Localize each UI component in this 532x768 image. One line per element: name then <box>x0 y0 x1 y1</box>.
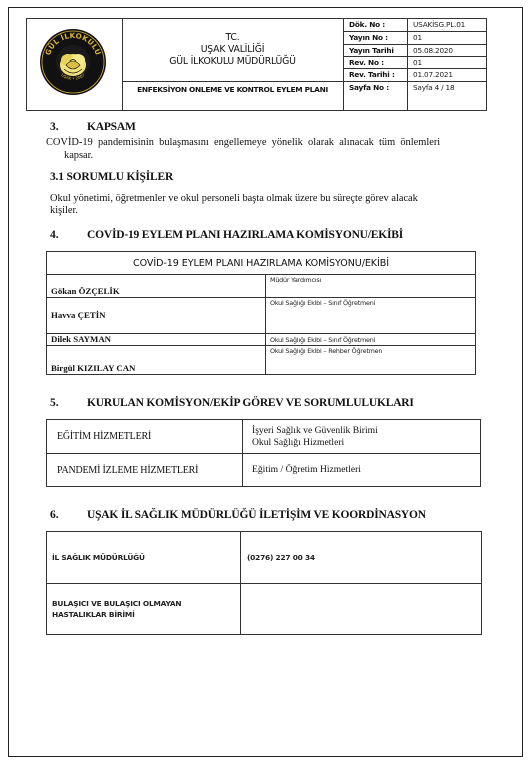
committee-duty: Eğitim / Öğretim Hizmetleri <box>243 454 481 487</box>
logo-cell: GÜL İLKOKULU UŞAK • 2007 <box>27 19 123 110</box>
meta-value: 05.08.2020 <box>408 45 453 56</box>
section-3-1-title: 3.1 SORUMLU KİŞİLER <box>50 171 173 183</box>
table-row: BULAŞICI VE BULAŞICI OLMAYAN HASTALIKLAR… <box>47 584 482 635</box>
unit-line: İL SAĞLIK MÜDÜRLÜĞÜ <box>52 552 240 563</box>
unit-line: HASTALIKLAR BİRİMİ <box>52 609 240 620</box>
member-name: Birgül KIZILAY CAN <box>47 346 266 375</box>
duty-line: İşyeri Sağlık ve Güvenlik Birimi <box>252 425 480 437</box>
member-name: Havva ÇETİN <box>47 298 266 334</box>
table-row: PANDEMİ İZLEME HİZMETLERİ Eğitim / Öğret… <box>47 454 481 487</box>
member-role: Okul Sağlığı Ekibi – Sınıf Öğretmeni <box>266 298 476 334</box>
meta-value: 01 <box>408 32 422 44</box>
section-3-body-line2: kapsar. <box>64 150 93 162</box>
section-3-body-line1: COVİD-19 pandemisinin bulaşmasını engell… <box>46 137 484 149</box>
committee-table-header: COVİD-19 EYLEM PLANI HAZIRLAMA KOMİSYONU… <box>47 252 476 275</box>
table-row: Havva ÇETİN Okul Sağlığı Ekibi – Sınıf Ö… <box>47 298 476 334</box>
meta-value: 01 <box>408 57 422 68</box>
committee-name: EĞİTİM HİZMETLERİ <box>47 420 243 454</box>
section-3-number: 3. <box>50 121 59 133</box>
meta-value: USAKİSG.PL.01 <box>408 19 465 31</box>
meta-label: Sayfa No : <box>344 82 408 110</box>
section-5-title: KURULAN KOMİSYON/EKİP GÖREV VE SORUMLULU… <box>87 397 414 409</box>
table-row: İL SAĞLIK MÜDÜRLÜĞÜ (0276) 227 00 34 <box>47 532 482 584</box>
member-role: Okul Sağlığı Ekibi – Sınıf Öğretmeni <box>266 334 476 346</box>
institution-title: TC. UŞAK VALİLİĞİ GÜL İLKOKULU MÜDÜRLÜĞÜ <box>122 19 344 82</box>
page-frame <box>8 7 523 757</box>
committee-table: COVİD-19 EYLEM PLANI HAZIRLAMA KOMİSYONU… <box>46 251 476 375</box>
responsibilities-table: EĞİTİM HİZMETLERİ İşyeri Sağlık ve Güven… <box>46 419 481 487</box>
title-line-school: GÜL İLKOKULU MÜDÜRLÜĞÜ <box>122 56 343 68</box>
meta-row-rev-no: Rev. No : 01 <box>344 57 486 69</box>
contact-table: İL SAĞLIK MÜDÜRLÜĞÜ (0276) 227 00 34 BUL… <box>46 531 482 635</box>
section-6-title: UŞAK İL SAĞLIK MÜDÜRLÜĞÜ İLETİŞİM VE KOO… <box>87 509 426 521</box>
meta-row-sayfa-no: Sayfa No : Sayfa 4 / 18 <box>344 82 486 110</box>
table-row: Birgül KIZILAY CAN Okul Sağlığı Ekibi – … <box>47 346 476 375</box>
meta-row-dok-no: Dök. No : USAKİSG.PL.01 <box>344 19 486 32</box>
meta-row-rev-tarihi: Rev. Tarihi : 01.07.2021 <box>344 69 486 82</box>
rose-icon <box>60 54 86 76</box>
contact-unit: İL SAĞLIK MÜDÜRLÜĞÜ <box>47 532 241 584</box>
meta-row-yayin-no: Yayın No : 01 <box>344 32 486 45</box>
committee-name: PANDEMİ İZLEME HİZMETLERİ <box>47 454 243 487</box>
meta-value: 01.07.2021 <box>408 69 453 81</box>
school-logo-icon: GÜL İLKOKULU UŞAK • 2007 <box>38 27 108 97</box>
meta-label: Yayın Tarihi <box>344 45 408 56</box>
document-header: GÜL İLKOKULU UŞAK • 2007 TC. UŞAK VALİLİ… <box>26 18 487 111</box>
meta-label: Yayın No : <box>344 32 408 44</box>
unit-line: BULAŞICI VE BULAŞICI OLMAYAN <box>52 598 240 609</box>
section-3-title: KAPSAM <box>87 121 136 133</box>
section-4-title: COVİD-19 EYLEM PLANI HAZIRLAMA KOMİSYONU… <box>87 229 403 241</box>
section-6-number: 6. <box>50 509 59 521</box>
section-3-1-body-line1: Okul yönetimi, öğretmenler ve okul perso… <box>50 193 418 205</box>
document-subtitle: ENFEKSİYON ONLEME VE KONTROL EYLEM PLANI <box>122 82 344 110</box>
member-role: Müdür Yardımcısı <box>266 275 476 298</box>
meta-row-yayin-tarihi: Yayın Tarihi 05.08.2020 <box>344 45 486 57</box>
table-row: Gökan ÖZÇELİK Müdür Yardımcısı <box>47 275 476 298</box>
duty-line: Okul Sağlığı Hizmetleri <box>252 437 480 449</box>
section-4-number: 4. <box>50 229 59 241</box>
meta-label: Rev. Tarihi : <box>344 69 408 81</box>
document-meta-table: Dök. No : USAKİSG.PL.01 Yayın No : 01 Ya… <box>344 19 486 110</box>
table-row: Dilek SAYMAN Okul Sağlığı Ekibi – Sınıf … <box>47 334 476 346</box>
member-name: Dilek SAYMAN <box>47 334 266 346</box>
committee-duty: İşyeri Sağlık ve Güvenlik Birimi Okul Sa… <box>243 420 481 454</box>
meta-label: Dök. No : <box>344 19 408 31</box>
duty-line: Eğitim / Öğretim Hizmetleri <box>252 464 480 476</box>
title-line-valilik: UŞAK VALİLİĞİ <box>122 44 343 56</box>
member-name: Gökan ÖZÇELİK <box>47 275 266 298</box>
table-row: EĞİTİM HİZMETLERİ İşyeri Sağlık ve Güven… <box>47 420 481 454</box>
contact-phone <box>241 584 482 635</box>
title-line-tc: TC. <box>122 32 343 44</box>
member-role: Okul Sağlığı Ekibi – Rehber Öğretmen <box>266 346 476 375</box>
contact-unit: BULAŞICI VE BULAŞICI OLMAYAN HASTALIKLAR… <box>47 584 241 635</box>
meta-label: Rev. No : <box>344 57 408 68</box>
contact-phone: (0276) 227 00 34 <box>241 532 482 584</box>
meta-value: Sayfa 4 / 18 <box>408 82 454 94</box>
section-3-1-body-line2: kişiler. <box>50 205 78 217</box>
section-5-number: 5. <box>50 397 59 409</box>
